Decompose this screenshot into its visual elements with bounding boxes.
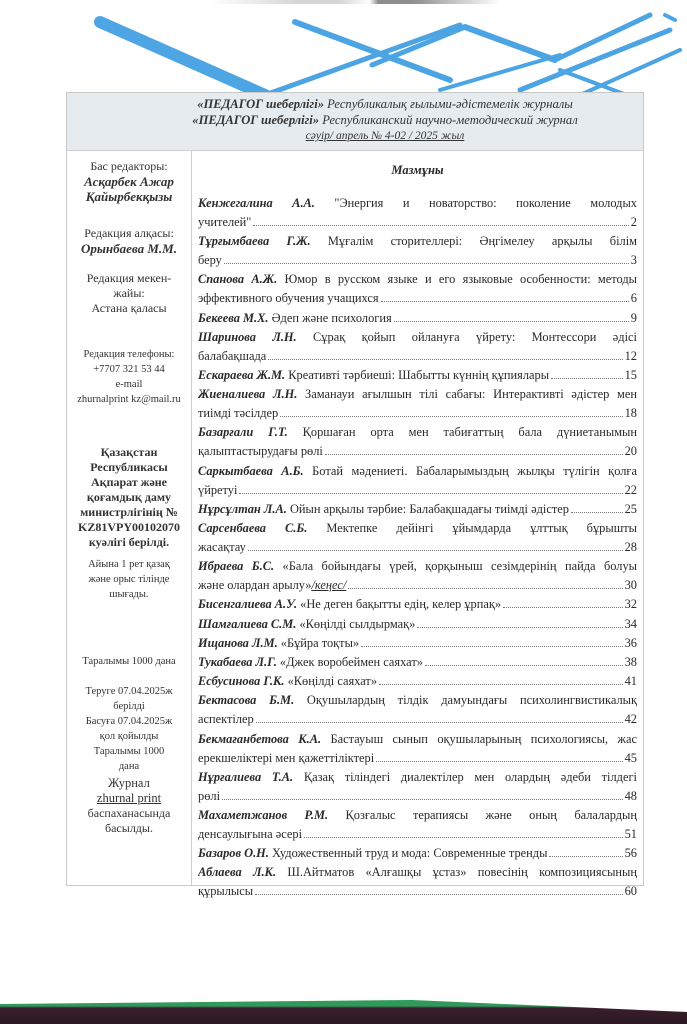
leader-dots [417, 627, 622, 628]
printer-link[interactable]: zhurnal print [97, 791, 161, 805]
toc-entry[interactable]: Аблаева Л.К. Ш.Айтматов «Алғашқы ұстаз» … [198, 863, 637, 901]
toc-author: Бисенгалиева А.У. [198, 597, 297, 611]
toc-title-text: Креативті тәрбиеші: Шабытты күннің құпия… [285, 368, 549, 382]
toc-author: Нұрсұлтан Л.А. [198, 502, 287, 516]
toc-author: Шаринова Л.Н. [198, 330, 297, 344]
toc-title-text-cont: жасақтау [198, 538, 246, 557]
leader-dots [224, 263, 629, 264]
table-of-contents: Мазмұны Кенжегалина А.А. "Энергия и нова… [192, 151, 643, 885]
toc-title-text: «Не деген бақытты едің, келер ұрпақ» [297, 597, 501, 611]
toc-entry-line: рөлі48 [198, 787, 637, 806]
toc-title-text-cont: ерекшеліктері мен қажеттіліктері [198, 749, 374, 768]
toc-page-number: 45 [625, 749, 637, 768]
leader-dots [348, 588, 622, 589]
toc-entry-line: Бекеева М.Х. Әдеп және психология9 [198, 309, 637, 328]
toc-title-text-cont: эффективного обучения учащихся [198, 289, 379, 308]
typeset-date: Теруге 07.04.2025ж берілді [83, 684, 175, 714]
email-value[interactable]: zhurnalprint kz@mail.ru [67, 392, 191, 407]
toc-author: Кенжегалина А.А. [198, 196, 315, 210]
toc-entry-line: Шамғалиева С.М. «Көңілді сылдырмақ»34 [198, 615, 637, 634]
printer-caption: баспаханасында басылды. [85, 806, 173, 836]
board-label: Редакция алқасы: [67, 226, 191, 241]
board-block: Редакция алқасы: Орынбаева М.М. [67, 226, 191, 256]
toc-author: Спанова А.Ж. [198, 272, 277, 286]
toc-entry-line: Нұрғалиева Т.А. Қазақ тіліндегі диалекті… [198, 768, 637, 787]
toc-entry[interactable]: Ибраева Б.С. «Бала бойындағы үрей, қорқы… [198, 557, 637, 595]
toc-author: Шамғалиева С.М. [198, 617, 296, 631]
leader-dots [248, 550, 623, 551]
toc-page-number: 42 [625, 710, 637, 729]
leader-dots [239, 493, 622, 494]
toc-title-text: «Көңілді саяхат» [284, 674, 377, 688]
toc-entry-line: қалыптастырудағы рөлі20 [198, 442, 637, 461]
toc-title-text: "Энергия и новаторство: поколение молоды… [315, 196, 637, 210]
toc-entry-line: Махаметжанов Р.М. Қозғалыс терапиясы жән… [198, 806, 637, 825]
frequency-info: Айына 1 рет қазақ және орыс тілінде шыға… [67, 557, 191, 602]
toc-entry-line: және олардан арылу»/кеңес/30 [198, 576, 637, 595]
leader-dots [253, 225, 628, 226]
toc-title-text: «Бала бойындағы үрей, қорқыныш сезімдері… [274, 559, 637, 573]
toc-entry[interactable]: Ищанова Л.М. «Бұйра тоқты»36 [198, 634, 637, 653]
toc-entry[interactable]: Спанова А.Ж. Юмор в русском языке и его … [198, 270, 637, 308]
toc-entry[interactable]: Тұрғымбаева Г.Ж. Мұғалім сторителлері: Ә… [198, 232, 637, 270]
registration-info: Қазақстан Республикасы Ақпарат және қоға… [67, 445, 191, 550]
toc-title-text: Әдеп және психология [269, 311, 392, 325]
toc-entry-line: денсаулығына әсері51 [198, 825, 637, 844]
toc-title-text-cont: аспектілер [198, 710, 254, 729]
toc-entry-line: Аблаева Л.К. Ш.Айтматов «Алғашқы ұстаз» … [198, 863, 637, 882]
toc-page-number: 9 [631, 309, 637, 328]
toc-page-number: 20 [625, 442, 637, 461]
toc-entry[interactable]: Шамғалиева С.М. «Көңілді сылдырмақ»34 [198, 615, 637, 634]
leader-dots [381, 301, 629, 302]
toc-title-text-cont: құрылысы [198, 882, 253, 901]
toc-entry[interactable]: Базарғали Г.Т. Қоршаған орта мен табиғат… [198, 423, 637, 461]
toc-page-number: 60 [625, 882, 637, 901]
toc-author: Ибраева Б.С. [198, 559, 274, 573]
toc-entry-line: үйретуі22 [198, 481, 637, 500]
toc-entry-line: учителей"2 [198, 213, 637, 232]
toc-entry-line: Тукабаева Л.Г. «Джек воробеймен саяхат»3… [198, 653, 637, 672]
journal-header: «ПЕДАГОГ шеберлігі» Республикалық ғылыми… [67, 93, 643, 151]
toc-title-text-cont: балабақшада [198, 347, 266, 366]
leader-dots [425, 665, 623, 666]
toc-author: Тукабаева Л.Г. [198, 655, 277, 669]
toc-author: Базаров О.Н. [198, 846, 269, 860]
toc-title-text: Ойын арқылы тәрбие: Балабақшадағы тиімді… [287, 502, 569, 516]
leader-dots [256, 722, 623, 723]
toc-entry-line: эффективного обучения учащихся6 [198, 289, 637, 308]
toc-entry[interactable]: Базаров О.Н. Художественный труд и мода:… [198, 844, 637, 863]
leader-dots [280, 416, 622, 417]
toc-title-text-cont: үйретуі [198, 481, 237, 500]
toc-title-text-cont: рөлі [198, 787, 220, 806]
toc-author: Саркытбаева А.Б. [198, 464, 304, 478]
toc-author: Тұрғымбаева Г.Ж. [198, 234, 311, 248]
toc-entry-line: құрылысы60 [198, 882, 637, 901]
leader-dots [304, 837, 623, 838]
toc-title-text: Сұрақ қойып ойлануға үйрету: Монтессори … [297, 330, 637, 344]
leader-dots [376, 761, 622, 762]
editor-name: Асқарбек Ажар Қайырбекқызы [67, 174, 191, 204]
toc-entry-line: Есбусинова Г.К. «Көңілді саяхат»41 [198, 672, 637, 691]
address-value: Астана қаласы [67, 301, 191, 316]
toc-entry[interactable]: Бектасова Б.М. Оқушылардың тілдік дамуын… [198, 691, 637, 729]
toc-entry[interactable]: Бисенгалиева А.У. «Не деген бақытты едің… [198, 595, 637, 614]
toc-entry[interactable]: Сарсенбаева С.Б. Мектепке дейінгі ұйымда… [198, 519, 637, 557]
toc-page-number: 12 [625, 347, 637, 366]
toc-entry-line: Сарсенбаева С.Б. Мектепке дейінгі ұйымда… [198, 519, 637, 538]
journal-brand: «ПЕДАГОГ шеберлігі» [197, 97, 324, 111]
toc-title-text: Оқушылардың тілдік дамуындағы психолингв… [294, 693, 637, 707]
toc-title-text-cont: учителей" [198, 213, 251, 232]
toc-title-text: «Бұйра тоқты» [278, 636, 359, 650]
toc-author: Бектасова Б.М. [198, 693, 294, 707]
toc-entry-line: Спанова А.Ж. Юмор в русском языке и его … [198, 270, 637, 289]
toc-note: /кеңес/ [311, 578, 346, 592]
toc-page-number: 38 [625, 653, 637, 672]
header-line-russian: «ПЕДАГОГ шеберлігі» Республиканский науч… [127, 112, 643, 128]
journal-subtitle-kz: Республикалық ғылыми-әдістемелік журналы [324, 97, 573, 111]
toc-entry-line: Тұрғымбаева Г.Ж. Мұғалім сторителлері: Ә… [198, 232, 637, 251]
leader-dots [551, 378, 623, 379]
toc-page-number: 18 [625, 404, 637, 423]
toc-title-text: Мұғалім сторителлері: Әңгімелеу арқылы б… [311, 234, 637, 248]
toc-page-number: 48 [625, 787, 637, 806]
leader-dots [394, 321, 629, 322]
toc-author: Нұрғалиева Т.А. [198, 770, 293, 784]
toc-title-text-cont: денсаулығына әсері [198, 825, 302, 844]
leader-dots [222, 799, 623, 800]
toc-entry-line: Саркытбаева А.Б. Ботай мәдениеті. Бабала… [198, 462, 637, 481]
toc-title-text-cont: беру [198, 251, 222, 270]
toc-entry-line: ерекшеліктері мен қажеттіліктері45 [198, 749, 637, 768]
toc-title-text: Қозғалыс терапиясы және оның балалардың [328, 808, 637, 822]
toc-page-number: 36 [625, 634, 637, 653]
leader-dots [549, 856, 622, 857]
toc-page-number: 34 [625, 615, 637, 634]
toc-entry-line: Нұрсұлтан Л.А. Ойын арқылы тәрбие: Балаб… [198, 500, 637, 519]
toc-author: Ескараева Ж.М. [198, 368, 285, 382]
editor-block: Бас редакторы: Асқарбек Ажар Қайырбекқыз… [67, 159, 191, 204]
toc-entry[interactable]: Тукабаева Л.Г. «Джек воробеймен саяхат»3… [198, 653, 637, 672]
toc-page-number: 15 [625, 366, 637, 385]
toc-title-text: Юмор в русском языке и его языковые особ… [277, 272, 637, 286]
toc-entry[interactable]: Нұрғалиева Т.А. Қазақ тіліндегі диалекті… [198, 768, 637, 806]
toc-title-text-cont: және олардан арылу»/кеңес/ [198, 576, 346, 595]
toc-author: Аблаева Л.К. [198, 865, 276, 879]
toc-entry[interactable]: Бекеева М.Х. Әдеп және психология9 [198, 309, 637, 328]
toc-page-number: 6 [631, 289, 637, 308]
editorial-sidebar: Бас редакторы: Асқарбек Ажар Қайырбекқыз… [67, 151, 192, 885]
leader-dots [255, 894, 623, 895]
printer-info: Журнал zhurnal print баспаханасында басы… [67, 776, 191, 836]
toc-page-number: 22 [625, 481, 637, 500]
toc-author: Бекмағанбетова К.А. [198, 732, 321, 746]
toc-entry[interactable]: Нұрсұлтан Л.А. Ойын арқылы тәрбие: Балаб… [198, 500, 637, 519]
leader-dots [571, 512, 623, 513]
table-surface-edge [0, 1000, 687, 1024]
toc-title-text: «Көңілді сылдырмақ» [296, 617, 415, 631]
toc-page-number: 3 [631, 251, 637, 270]
toc-page-number: 25 [625, 500, 637, 519]
toc-author: Сарсенбаева С.Б. [198, 521, 307, 535]
toc-page-number: 30 [625, 576, 637, 595]
toc-title-text: Художественный труд и мода: Современные … [269, 846, 548, 860]
print-date: Басуға 07.04.2025ж қол қойылды [83, 714, 175, 744]
toc-title-text: Бастауыш сынып оқушыларының психологиясы… [321, 732, 637, 746]
editor-label: Бас редакторы: [67, 159, 191, 174]
toc-entry-line: аспектілер42 [198, 710, 637, 729]
toc-list: Кенжегалина А.А. "Энергия и новаторство:… [198, 194, 637, 902]
toc-title-text-cont: тиімді тәсілдер [198, 404, 278, 423]
address-label: Редакция мекен-жайы: [67, 271, 191, 301]
toc-page-number: 56 [625, 844, 637, 863]
toc-entry[interactable]: Есбусинова Г.К. «Көңілді саяхат»41 [198, 672, 637, 691]
toc-title-text: Қоршаған орта мен табиғаттың бала дүниет… [288, 425, 637, 439]
toc-title-text: Ш.Айтматов «Алғашқы ұстаз» повесінің ком… [276, 865, 637, 879]
toc-entry-line: Бекмағанбетова К.А. Бастауыш сынып оқушы… [198, 730, 637, 749]
leader-dots [361, 646, 622, 647]
journal-subtitle-ru: Республиканский научно-методический журн… [319, 113, 578, 127]
address-block: Редакция мекен-жайы: Астана қаласы [67, 271, 191, 316]
toc-entry[interactable]: Махаметжанов Р.М. Қозғалыс терапиясы жән… [198, 806, 637, 844]
toc-title-text-cont: қалыптастырудағы рөлі [198, 442, 323, 461]
toc-entry[interactable]: Саркытбаева А.Б. Ботай мәдениеті. Бабала… [198, 462, 637, 500]
leader-dots [379, 684, 623, 685]
circulation-info: Таралымы 1000 дана [67, 654, 191, 669]
toc-entry-line: Базаров О.Н. Художественный труд и мода:… [198, 844, 637, 863]
toc-entry-line: Шаринова Л.Н. Сұрақ қойып ойлануға үйрет… [198, 328, 637, 347]
toc-title-text: «Джек воробеймен саяхат» [277, 655, 423, 669]
toc-entry-line: Бисенгалиева А.У. «Не деген бақытты едің… [198, 595, 637, 614]
toc-entry-line: Кенжегалина А.А. "Энергия и новаторство:… [198, 194, 637, 213]
toc-entry[interactable]: Шаринова Л.Н. Сұрақ қойып ойлануға үйрет… [198, 328, 637, 366]
toc-entry-line: беру3 [198, 251, 637, 270]
journal-page: «ПЕДАГОГ шеберлігі» Республикалық ғылыми… [66, 92, 644, 886]
toc-entry[interactable]: Жиеналиева Л.Н. Заманауи ағылшын тілі са… [198, 385, 637, 423]
toc-entry-line: Бектасова Б.М. Оқушылардың тілдік дамуын… [198, 691, 637, 710]
print-dates: Теруге 07.04.2025ж берілді Басуға 07.04.… [67, 684, 191, 774]
toc-page-number: 28 [625, 538, 637, 557]
issue-info: сәуір/ апрель № 4-02 / 2025 жыл [127, 128, 643, 144]
toc-author: Ищанова Л.М. [198, 636, 278, 650]
decorative-lines-graphic [0, 0, 687, 100]
phone-value: +7707 321 53 44 [67, 362, 191, 377]
journal-brand: «ПЕДАГОГ шеберлігі» [192, 113, 319, 127]
toc-entry-line: жасақтау28 [198, 538, 637, 557]
toc-title-text: Заманауи ағылшын тілі сабағы: Интерактив… [297, 387, 637, 401]
toc-author: Есбусинова Г.К. [198, 674, 284, 688]
toc-page-number: 41 [625, 672, 637, 691]
email-label: e-mail [67, 377, 191, 392]
toc-title-text: Ботай мәдениеті. Бабаларымыздың жылқы тү… [304, 464, 637, 478]
leader-dots [268, 359, 622, 360]
toc-entry-line: Ескараева Ж.М. Креативті тәрбиеші: Шабыт… [198, 366, 637, 385]
toc-entry[interactable]: Кенжегалина А.А. "Энергия и новаторство:… [198, 194, 637, 232]
toc-page-number: 51 [625, 825, 637, 844]
toc-page-number: 32 [625, 595, 637, 614]
contact-block: Редакция телефоны: +7707 321 53 44 e-mai… [67, 347, 191, 407]
toc-entry-line: Жиеналиева Л.Н. Заманауи ағылшын тілі са… [198, 385, 637, 404]
toc-title-text: Мектепке дейінгі ұйымдарда ұлттық бұрышт… [307, 521, 637, 535]
toc-title-text: Қазақ тіліндегі диалектілер мен олардың … [293, 770, 637, 784]
toc-entry-line: Ищанова Л.М. «Бұйра тоқты»36 [198, 634, 637, 653]
toc-page-number: 2 [631, 213, 637, 232]
toc-entry-line: балабақшада12 [198, 347, 637, 366]
toc-entry[interactable]: Бекмағанбетова К.А. Бастауыш сынып оқушы… [198, 730, 637, 768]
circulation-info-2: Таралымы 1000 дана [83, 744, 175, 774]
toc-author: Бекеева М.Х. [198, 311, 269, 325]
toc-author: Базарғали Г.Т. [198, 425, 288, 439]
leader-dots [503, 607, 623, 608]
toc-entry-line: тиімді тәсілдер18 [198, 404, 637, 423]
phone-label: Редакция телефоны: [67, 347, 191, 362]
printer-label: Журнал [85, 776, 173, 791]
leader-dots [325, 454, 623, 455]
toc-entry[interactable]: Ескараева Ж.М. Креативті тәрбиеші: Шабыт… [198, 366, 637, 385]
toc-entry-line: Ибраева Б.С. «Бала бойындағы үрей, қорқы… [198, 557, 637, 576]
board-name: Орынбаева М.М. [67, 241, 191, 256]
header-line-kazakh: «ПЕДАГОГ шеберлігі» Республикалық ғылыми… [127, 96, 643, 112]
toc-entry-line: Базарғали Г.Т. Қоршаған орта мен табиғат… [198, 423, 637, 442]
toc-author: Махаметжанов Р.М. [198, 808, 328, 822]
toc-author: Жиеналиева Л.Н. [198, 387, 297, 401]
toc-title: Мазмұны [198, 163, 637, 178]
